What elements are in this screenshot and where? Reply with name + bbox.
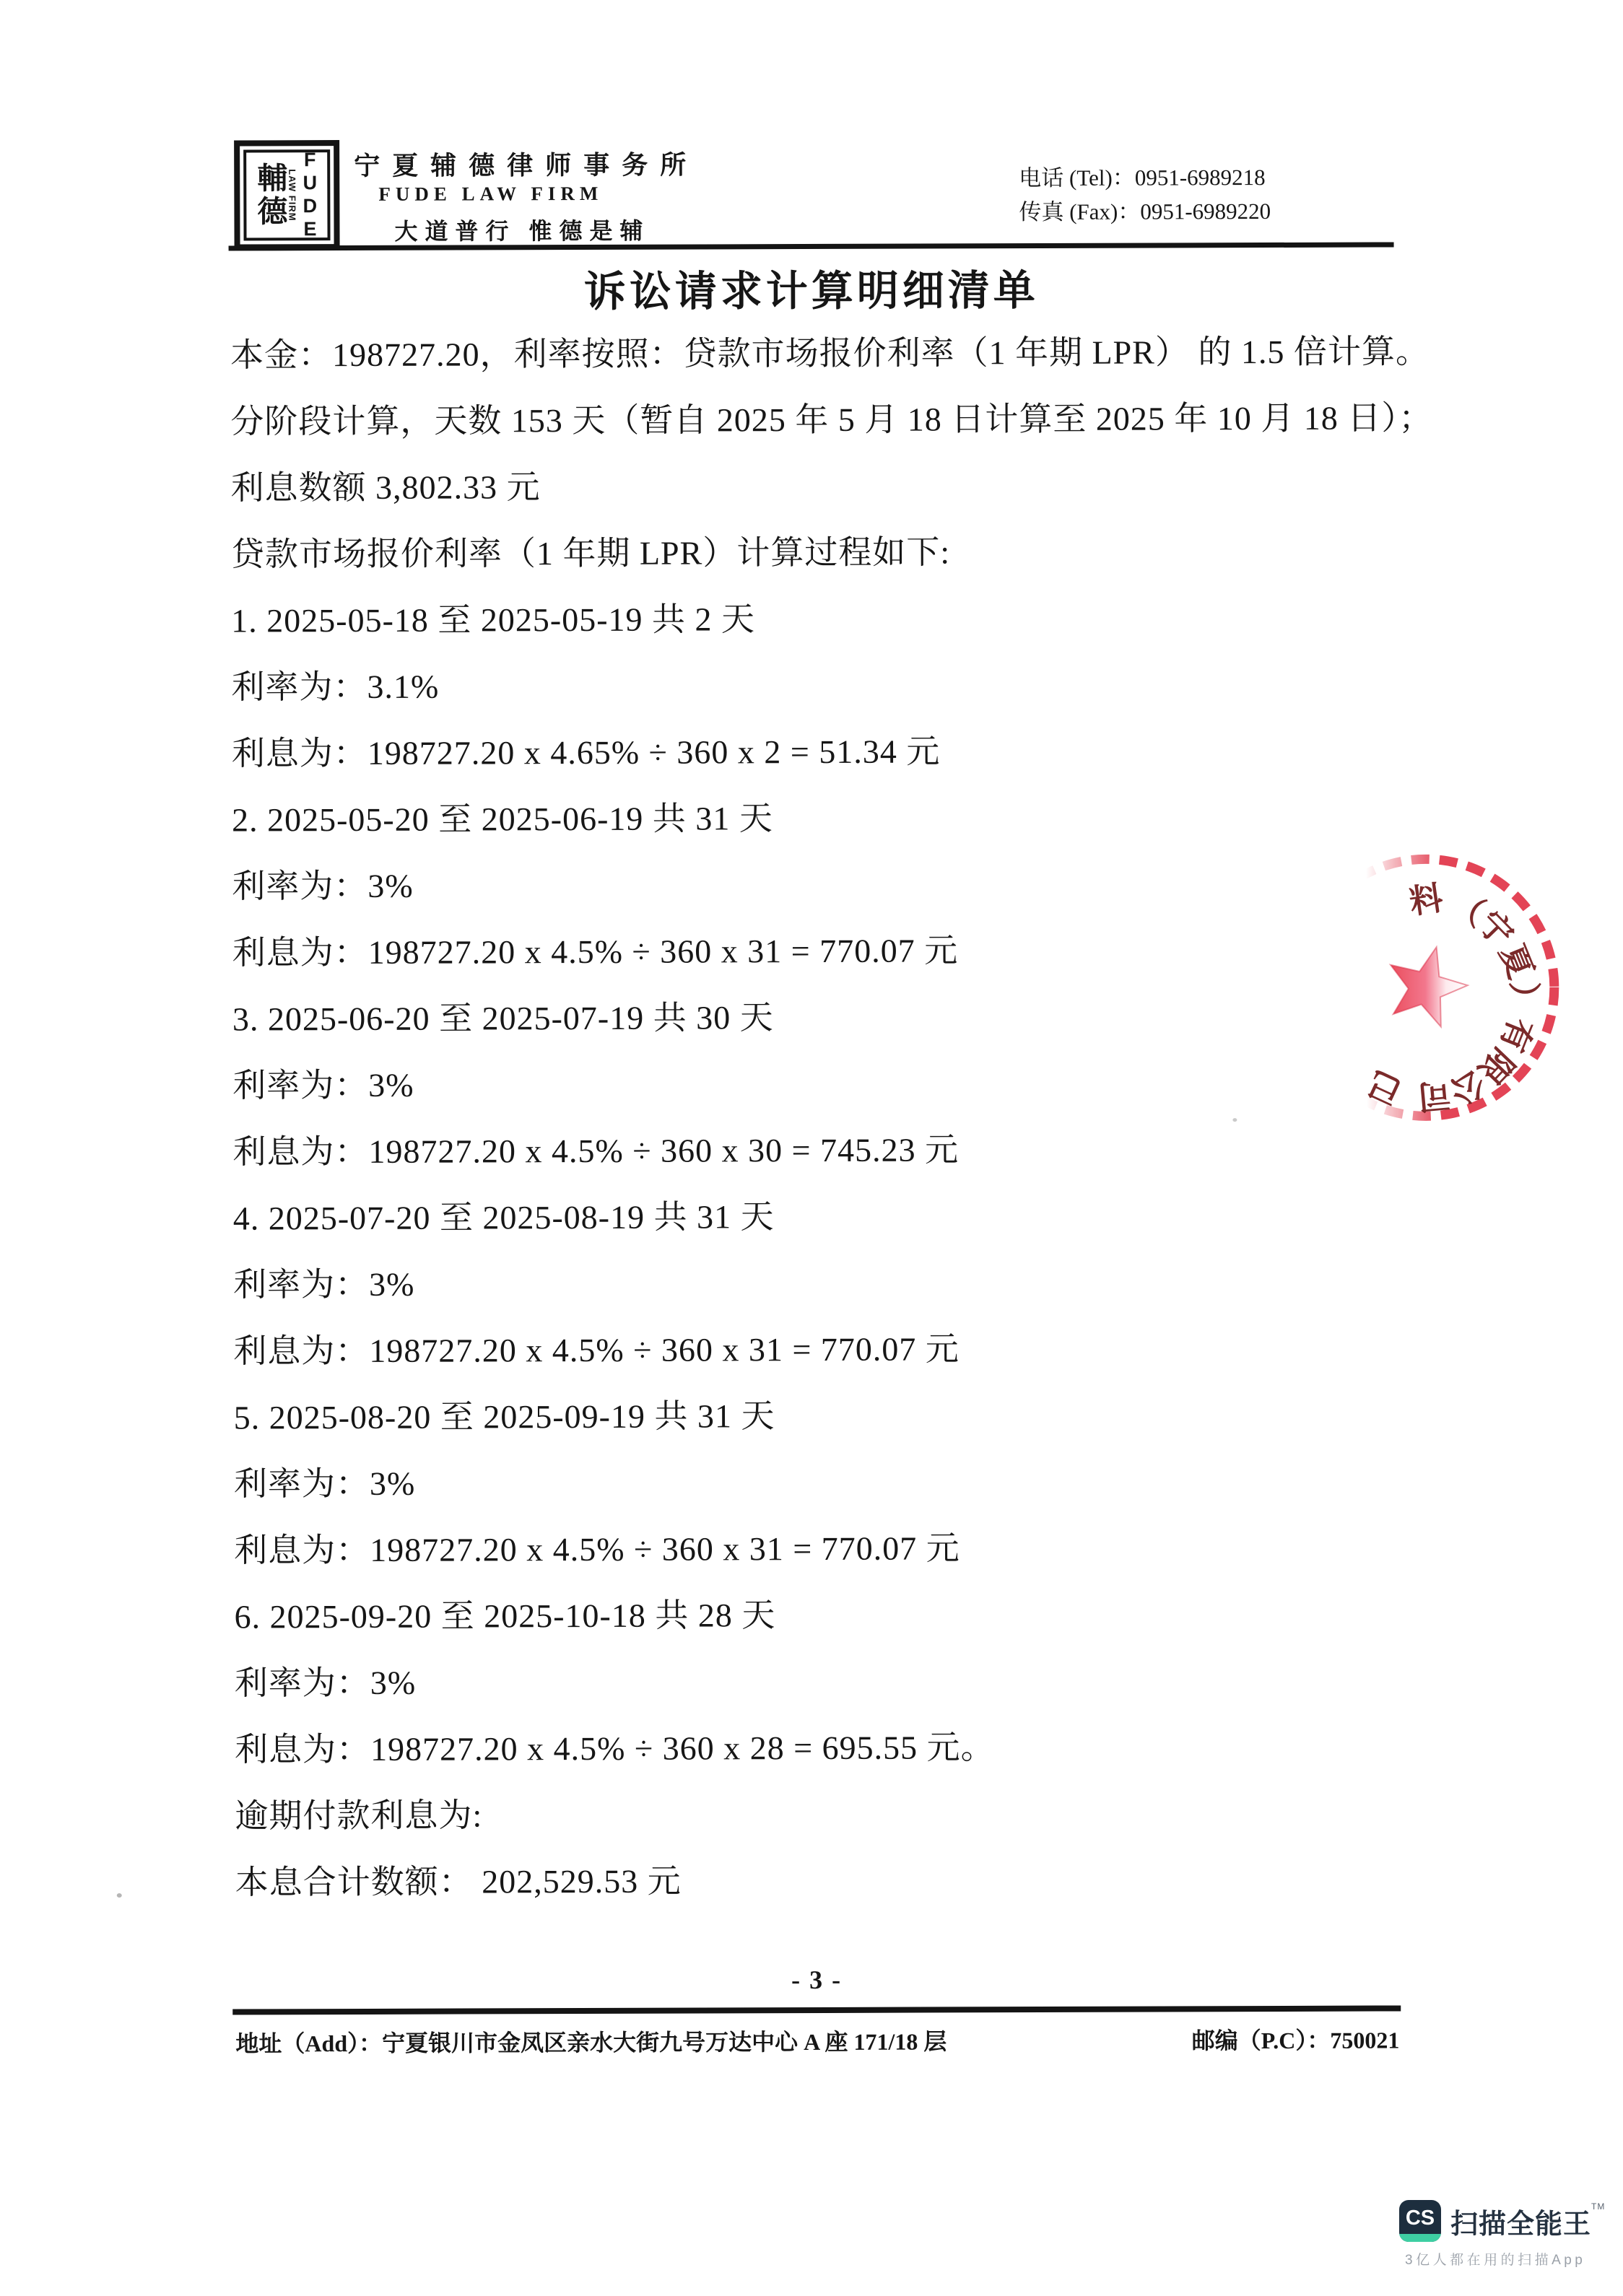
firm-logo-seal-inner: 輔德 LAW FIRM FUDE <box>243 149 330 240</box>
scan-content: 輔德 LAW FIRM FUDE 宁夏辅德律师事务所 FUDE LAW FIRM… <box>0 0 1623 2296</box>
camscanner-watermark: CS 扫描全能王TM 3亿人都在用的扫描App <box>1399 2200 1600 2269</box>
logo-seal-lawfirm-text: LAW FIRM <box>287 169 297 221</box>
body-line: 利息为：198727.20 x 4.65% ÷ 360 x 2 = 51.34 … <box>232 717 1396 787</box>
body-line: 利息为：198727.20 x 4.5% ÷ 360 x 28 = 695.55… <box>235 1713 1398 1783</box>
camscanner-app-name-text: 扫描全能王 <box>1450 2209 1591 2240</box>
camscanner-logo-row: CS 扫描全能王TM <box>1399 2200 1600 2242</box>
body-line: 分阶段计算，天数 153 天（暂自 2025 年 5 月 18 日计算至 202… <box>230 385 1394 455</box>
seal-star-icon <box>1391 947 1468 1027</box>
company-seal-stamp: 料 （ 宁 夏 ） 有 限 公 司 已 <box>1256 806 1623 1182</box>
camscanner-logo-icon: CS <box>1399 2200 1441 2242</box>
body-line: 利率为：3% <box>233 1248 1397 1318</box>
footer-info: 地址（Add）：宁夏银川市金凤区亲水大街九号万达中心 A 座 171/18 层 … <box>235 2022 1399 2061</box>
body-line: 4. 2025-07-20 至 2025-08-19 共 31 天 <box>233 1182 1397 1252</box>
body-line: 2. 2025-05-20 至 2025-06-19 共 31 天 <box>232 783 1396 853</box>
logo-seal-fude-text: FUDE <box>300 149 319 241</box>
document-body: 本金：198727.20，利率按照：贷款市场报价利率（1 年期 LPR） 的 1… <box>230 318 1399 1916</box>
body-line: 3. 2025-06-20 至 2025-07-19 共 30 天 <box>232 982 1396 1052</box>
scan-speck <box>117 1893 122 1898</box>
trademark-symbol: TM <box>1591 2201 1605 2212</box>
scanned-document-page: 輔德 LAW FIRM FUDE 宁夏辅德律师事务所 FUDE LAW FIRM… <box>0 0 1623 2296</box>
contact-block: 电话 (Tel)：0951-6989218 传真 (Fax)：0951-6989… <box>1019 160 1271 229</box>
footer-divider <box>232 2005 1401 2015</box>
logo-seal-cn-text: 輔德 <box>254 162 284 228</box>
seal-ring-char: 司 <box>1416 1075 1452 1115</box>
camscanner-tagline: 3亿人都在用的扫描App <box>1399 2249 1600 2269</box>
footer-postcode: 邮编（P.C）：750021 <box>1192 2022 1400 2059</box>
body-line: 逾期付款利息为: <box>235 1779 1398 1849</box>
firm-name-chinese: 宁夏辅德律师事务所 <box>354 144 698 182</box>
body-line: 利率为：3% <box>232 850 1396 920</box>
camscanner-logo-teal-bar <box>1399 2234 1441 2242</box>
scan-speck <box>1232 1118 1237 1122</box>
firm-logo-seal: 輔德 LAW FIRM FUDE <box>234 140 339 250</box>
body-line: 5. 2025-08-20 至 2025-09-19 共 31 天 <box>234 1381 1398 1451</box>
body-line: 利息为：198727.20 x 4.5% ÷ 360 x 31 = 770.07… <box>233 1314 1397 1384</box>
body-line: 利率为：3% <box>234 1447 1398 1517</box>
body-line: 贷款市场报价利率（1 年期 LPR）计算过程如下: <box>231 518 1395 588</box>
body-line: 本息合计数额： 202,529.53 元 <box>235 1846 1399 1916</box>
body-line: 利息数额 3,802.33 元 <box>230 451 1394 521</box>
seal-ring-char: ） <box>1505 982 1542 1015</box>
camscanner-logo-letters: CS <box>1406 2206 1435 2230</box>
page-title: 诉讼请求计算明细清单 <box>229 255 1394 319</box>
firm-name-english: FUDE LAW FIRM <box>378 183 603 206</box>
body-line: 利率为：3% <box>232 1049 1396 1119</box>
body-line: 利息为：198727.20 x 4.5% ÷ 360 x 31 = 770.07… <box>232 916 1396 986</box>
seal-ring-char: 料 <box>1407 879 1445 920</box>
page-number: - 3 - <box>234 1963 1399 1996</box>
body-line: 利息为：198727.20 x 4.5% ÷ 360 x 31 = 770.07… <box>234 1514 1398 1584</box>
fax-line: 传真 (Fax)：0951-6989220 <box>1019 194 1271 229</box>
body-line: 利率为：3% <box>235 1646 1398 1716</box>
body-line: 1. 2025-05-18 至 2025-05-19 共 2 天 <box>231 584 1395 654</box>
body-line: 本金：198727.20，利率按照：贷款市场报价利率（1 年期 LPR） 的 1… <box>230 318 1394 388</box>
body-line: 利率为：3.1% <box>231 650 1395 720</box>
body-line: 6. 2025-09-20 至 2025-10-18 共 28 天 <box>234 1580 1398 1650</box>
firm-motto: 大道普行 惟德是辅 <box>394 213 650 247</box>
tel-line: 电话 (Tel)：0951-6989218 <box>1019 160 1271 195</box>
body-line: 利息为：198727.20 x 4.5% ÷ 360 x 30 = 745.23… <box>232 1115 1396 1185</box>
footer-address: 地址（Add）：宁夏银川市金凤区亲水大街九号万达中心 A 座 171/18 层 <box>235 2023 947 2061</box>
camscanner-app-name: 扫描全能王TM <box>1450 2201 1605 2241</box>
